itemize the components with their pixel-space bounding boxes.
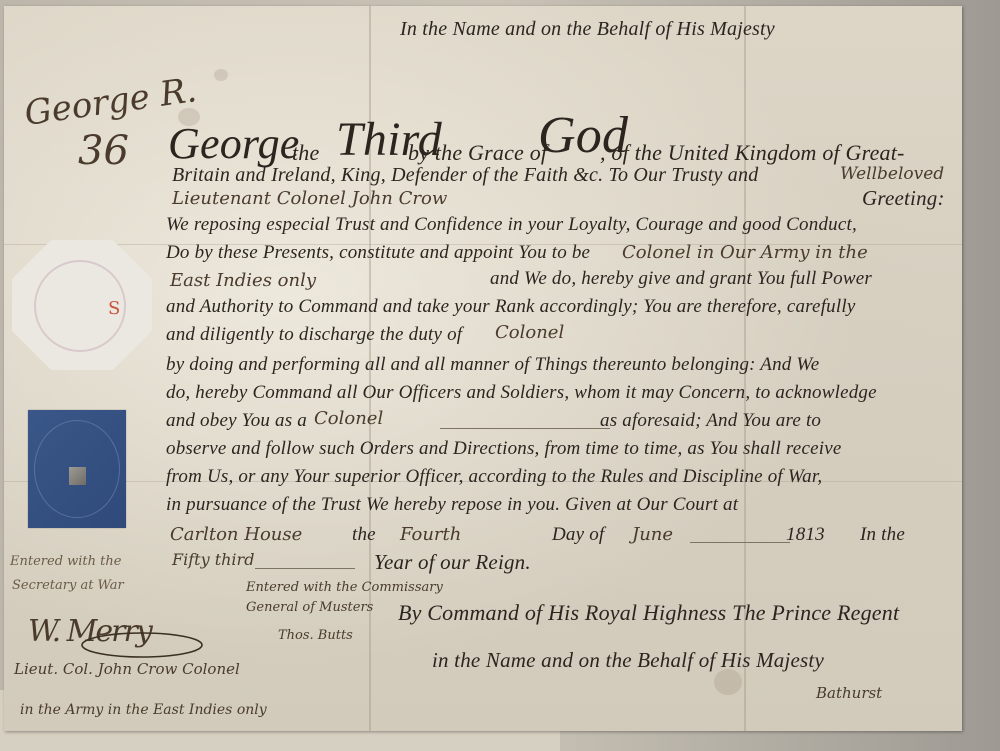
seal-mark: S <box>108 298 120 319</box>
date-in-the: In the <box>860 524 905 546</box>
date-the: the <box>352 524 376 546</box>
entered-war-line1: Entered with the <box>10 554 121 569</box>
line4: We reposing especial Trust and Confidenc… <box>166 214 857 236</box>
entered-note-line2: General of Musters <box>246 600 373 615</box>
line2-manuscript: Wellbeloved <box>840 164 944 184</box>
line11-rank-manuscript: Colonel <box>314 408 383 429</box>
docket-line2: in the Army in the East Indies only <box>20 702 267 718</box>
stain <box>214 69 228 81</box>
blank-line <box>440 428 610 429</box>
recipient-name: Lieutenant Colonel John Crow <box>172 188 447 209</box>
blank-line <box>255 568 355 569</box>
date-year: 1813 <box>786 524 825 546</box>
greeting: Greeting: <box>862 186 945 211</box>
line10: do, hereby Command all Our Officers and … <box>166 382 877 404</box>
line6-manuscript: East Indies only <box>170 270 316 291</box>
margin-note-number: 36 <box>78 128 129 174</box>
opening-george: George <box>168 118 300 169</box>
line12: observe and follow such Orders and Direc… <box>166 438 841 460</box>
date-day-of: Day of <box>552 524 604 546</box>
command-line: By Command of His Royal Highness The Pri… <box>398 600 899 626</box>
line9: by doing and performing all and all mann… <box>166 354 819 376</box>
line5-rank-manuscript: Colonel in Our Army in the <box>622 242 868 263</box>
line1-tail: , of the United Kingdom of Great- <box>600 140 905 166</box>
document-header: In the Name and on the Behalf of His Maj… <box>400 18 775 41</box>
reign-line: Year of our Reign. <box>374 550 531 575</box>
entered-note-line3: Thos. Butts <box>278 628 353 643</box>
blank-line <box>690 542 790 543</box>
line5: Do by these Presents, constitute and app… <box>166 242 590 264</box>
docket-line1: Lieut. Col. John Crow Colonel <box>14 660 240 678</box>
line2: Britain and Ireland, King, Defender of t… <box>172 164 758 187</box>
entered-note-line1: Entered with the Commissary <box>246 580 443 595</box>
command-line-2: in the Name and on the Behalf of His Maj… <box>432 648 824 673</box>
line1-grace: by the Grace of <box>408 140 547 166</box>
opening-the: the <box>292 140 319 166</box>
signature-flourish <box>80 630 210 660</box>
line8-rank-manuscript: Colonel <box>495 322 564 343</box>
line11-rest: as aforesaid; And You are to <box>600 410 821 432</box>
entered-war-line2: Secretary at War <box>12 578 124 593</box>
line6: and We do, hereby give and grant You ful… <box>490 268 872 290</box>
line13: from Us, or any Your superior Officer, a… <box>166 466 822 488</box>
stamp-foil <box>69 467 86 485</box>
duty-stamp <box>28 410 126 528</box>
line8: and diligently to discharge the duty of <box>166 324 462 346</box>
date-month: June <box>632 524 673 545</box>
date-day: Fourth <box>400 524 461 545</box>
line14: in pursuance of the Trust We hereby repo… <box>166 494 738 516</box>
place-given: Carlton House <box>170 524 302 545</box>
reign-year: Fifty third <box>172 550 254 569</box>
line7: and Authority to Command and take your R… <box>166 296 855 318</box>
line11: and obey You as a <box>166 410 307 432</box>
signature-bathurst: Bathurst <box>816 684 882 702</box>
